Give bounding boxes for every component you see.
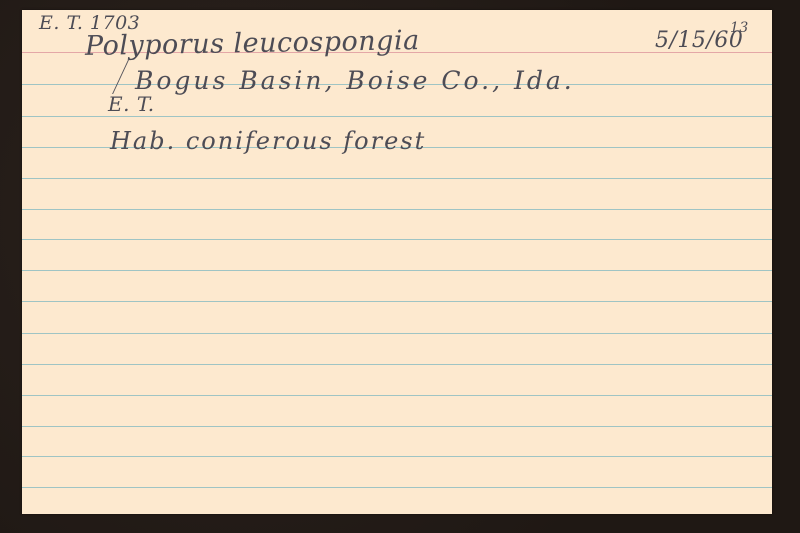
species-name: Polyporus leucospongia [85,25,420,62]
ruled-line [22,178,772,179]
collector-initials: E. T. [108,92,155,116]
ruled-line [22,209,772,210]
date-correction: 13 [730,20,749,36]
index-card: E. T. 1703 Polyporus leucospongia 5/15/6… [22,10,772,514]
ruled-line [22,270,772,271]
habitat-note: Hab. coniferous forest [110,127,426,155]
ruled-line [22,116,772,117]
ruled-line [22,364,772,365]
ruled-line [22,333,772,334]
ruled-line [22,301,772,302]
ruled-line [22,426,772,427]
ruled-line [22,395,772,396]
ruled-line [22,239,772,240]
ruled-line [22,456,772,457]
locality: Bogus Basin, Boise Co., Ida. [135,66,575,95]
ruled-line [22,487,772,488]
